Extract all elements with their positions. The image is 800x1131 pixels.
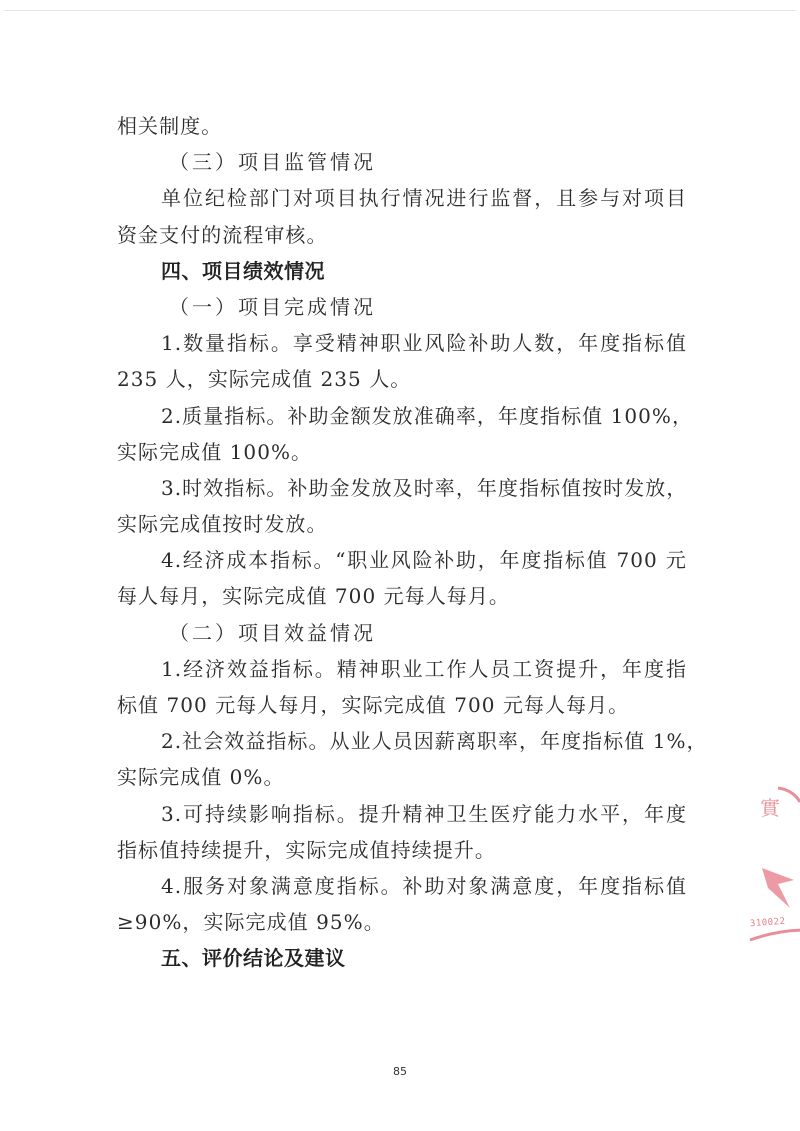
text-line: 相关制度。 — [117, 108, 687, 144]
text-line: 实际完成值 0%。 — [117, 759, 687, 795]
text-line: 资金支付的流程审核。 — [117, 217, 687, 253]
seal-partial-character: 實 — [760, 792, 780, 821]
text-line: 每人每月，实际完成值 700 元每人每月。 — [117, 578, 687, 614]
document-body: 相关制度。 （三）项目监管情况 单位纪检部门对项目执行情况进行监督，且参与对项目… — [117, 108, 687, 977]
text-line: 4.服务对象满意度指标。补助对象满意度，年度指标值 — [117, 868, 687, 904]
text-line: 3.时效指标。补助金发放及时率，年度指标值按时发放， — [117, 470, 687, 506]
section-heading-5-conclusion: 五、评价结论及建议 — [117, 940, 687, 976]
official-seal-fragment: 實 310022 — [748, 780, 800, 950]
text-line: 2.社会效益指标。从业人员因薪离职率，年度指标值 1%， — [117, 723, 687, 759]
text-line: 3.可持续影响指标。提升精神卫生医疗能力水平，年度 — [117, 796, 687, 832]
text-line: 实际完成值 100%。 — [117, 434, 687, 470]
section-heading-4-performance: 四、项目绩效情况 — [117, 253, 687, 289]
text-line: 2.质量指标。补助金额发放准确率，年度指标值 100%， — [117, 398, 687, 434]
text-line: 标值 700 元每人每月，实际完成值 700 元每人每月。 — [117, 687, 687, 723]
subsection-heading-completion: （一）项目完成情况 — [117, 289, 687, 325]
text-line: ≥90%，实际完成值 95%。 — [117, 904, 687, 940]
text-line: 235 人，实际完成值 235 人。 — [117, 361, 687, 397]
subsection-heading-benefits: （二）项目效益情况 — [117, 615, 687, 651]
text-line: 1.经济效益指标。精神职业工作人员工资提升，年度指 — [117, 651, 687, 687]
section-heading-3-supervision: （三）项目监管情况 — [117, 144, 687, 180]
page-number: 85 — [0, 1065, 800, 1078]
text-line: 1.数量指标。享受精神职业风险补助人数，年度指标值 — [117, 325, 687, 361]
text-line: 实际完成值按时发放。 — [117, 506, 687, 542]
text-line: 4.经济成本指标。“职业风险补助，年度指标值 700 元 — [117, 542, 687, 578]
scan-edge-line — [4, 10, 796, 11]
text-line: 单位纪检部门对项目执行情况进行监督，且参与对项目 — [117, 180, 687, 216]
text-line: 指标值持续提升，实际完成值持续提升。 — [117, 832, 687, 868]
